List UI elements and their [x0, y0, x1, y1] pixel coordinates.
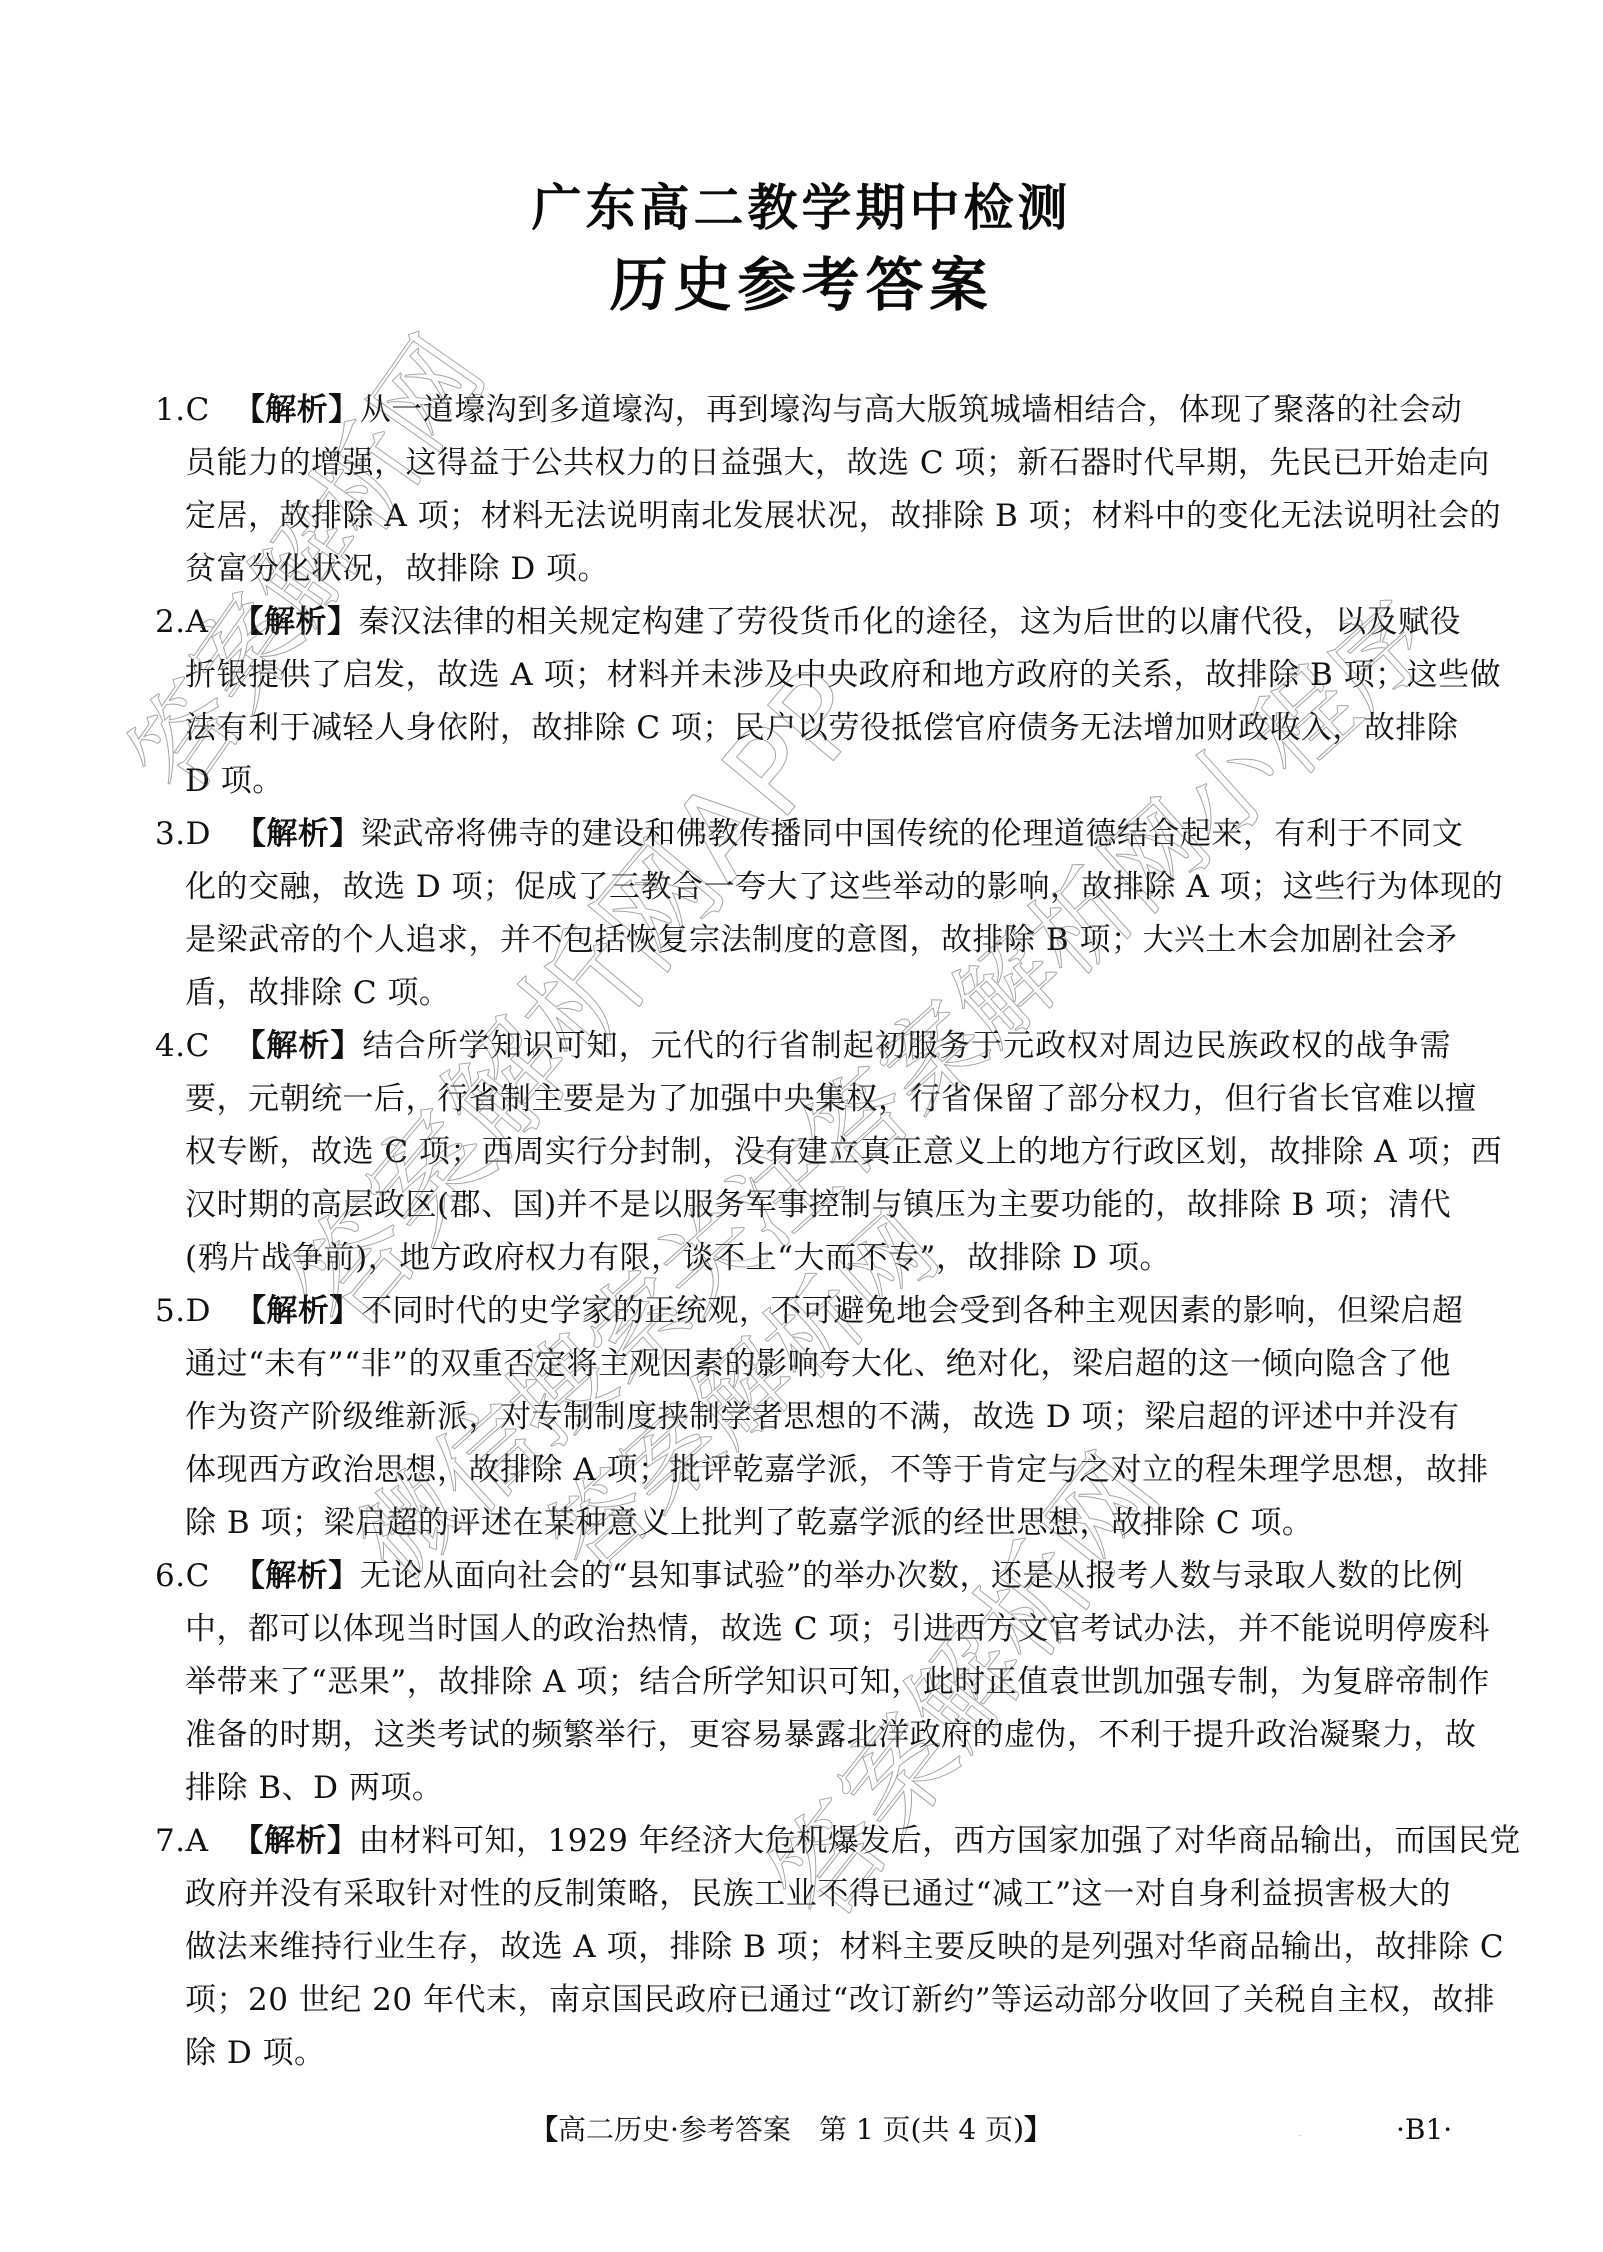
answer-line: (鸦片战争前)，地方政府权力有限，谈不上“大而不专”，故排除 D 项。 — [155, 1232, 1451, 1285]
scan-mark: ·· — [1298, 2133, 1302, 2140]
document-subtitle: 历史参考答案 — [0, 250, 1603, 320]
answer-line: 化的交融，故选 D 项；促成了三教合一夸大了这些举动的影响，故排除 A 项；这些… — [155, 861, 1451, 914]
answer-item: 5.D【解析】不同时代的史学家的正统观，不可避免地会受到各种主观因素的影响，但梁… — [155, 1285, 1451, 1550]
answer-line: 政府并没有采取针对性的反制策略，民族工业不得已通过“减工”这一对自身利益损害极大… — [155, 1868, 1451, 1921]
answer-line: 折银提供了启发，故选 A 项；材料并未涉及中央政府和地方政府的关系，故排除 B … — [155, 649, 1451, 702]
answer-line: 定居，故排除 A 项；材料无法说明南北发展状况，故排除 B 项；材料中的变化无法… — [155, 490, 1451, 543]
answer-item: 1.C【解析】从一道壕沟到多道壕沟，再到壕沟与高大版筑城墙相结合，体现了聚落的社… — [155, 384, 1451, 596]
answer-line: 体现西方政治思想，故排除 A 项；批评乾嘉学派，不等于肯定与之对立的程朱理学思想… — [155, 1444, 1451, 1497]
answer-list: 1.C【解析】从一道壕沟到多道壕沟，再到壕沟与高大版筑城墙相结合，体现了聚落的社… — [155, 384, 1451, 2080]
answer-line: 项；20 世纪 20 年代末，南京国民政府已通过“改订新约”等运动部分收回了关税… — [155, 1974, 1451, 2027]
answer-line: 1.C【解析】从一道壕沟到多道壕沟，再到壕沟与高大版筑城墙相结合，体现了聚落的社… — [155, 384, 1451, 437]
answer-text: 法有利于减轻人身依附，故排除 C 项；民户以劳役抵偿官府债务无法增加财政收入，故… — [185, 710, 1458, 746]
answer-text: 由材料可知，1929 年经济大危机爆发后，西方国家加强了对华商品输出，而国民党 — [358, 1823, 1520, 1859]
analysis-tag: 【解析】 — [235, 1293, 361, 1329]
answer-line: 5.D【解析】不同时代的史学家的正统观，不可避免地会受到各种主观因素的影响，但梁… — [155, 1285, 1451, 1338]
answer-line: 2.A【解析】秦汉法律的相关规定构建了劳役货币化的途径，这为后世的以庸代役，以及… — [155, 596, 1451, 649]
answer-text: 举带来了“恶果”，故排除 A 项；结合所学知识可知，此时正值袁世凯加强专制，为复… — [185, 1664, 1490, 1700]
answer-choice: A — [186, 604, 209, 640]
footer-left-bracket: 【 — [530, 2113, 558, 2146]
answer-choice: C — [186, 1558, 210, 1594]
answer-text: 结合所学知识可知，元代的行省制起初服务于元政权对周边民族政权的战争需 — [362, 1028, 1451, 1064]
answer-text: 不同时代的史学家的正统观，不可避免地会受到各种主观因素的影响，但梁启超 — [361, 1293, 1464, 1329]
answer-text: 贫富分化状况，故排除 D 项。 — [185, 551, 609, 587]
answer-text: 排除 B、D 两项。 — [185, 1770, 443, 1806]
answer-line: 举带来了“恶果”，故排除 A 项；结合所学知识可知，此时正值袁世凯加强专制，为复… — [155, 1656, 1451, 1709]
answer-line: 权专断，故选 C 项；西周实行分封制，没有建立真正意义上的地方行政区划，故排除 … — [155, 1126, 1451, 1179]
answer-line: 6.C【解析】无论从面向社会的“县知事试验”的举办次数，还是从报考人数与录取人数… — [155, 1550, 1451, 1603]
answer-text: 政府并没有采取针对性的反制策略，民族工业不得已通过“减工”这一对自身利益损害极大… — [185, 1876, 1451, 1912]
answer-line: 7.A【解析】由材料可知，1929 年经济大危机爆发后，西方国家加强了对华商品输… — [155, 1815, 1451, 1868]
answer-line: 中，都可以体现当时国人的政治热情，故选 C 项；引进西方文官考试办法，并不能说明… — [155, 1603, 1451, 1656]
answer-text: 中，都可以体现当时国人的政治热情，故选 C 项；引进西方文官考试办法，并不能说明… — [185, 1611, 1490, 1647]
answer-line: 4.C【解析】结合所学知识可知，元代的行省制起初服务于元政权对周边民族政权的战争… — [155, 1020, 1451, 1073]
answer-line: 排除 B、D 两项。 — [155, 1762, 1451, 1815]
analysis-tag: 【解析】 — [234, 1028, 363, 1064]
answer-text: 准备的时期，这类考试的频繁举行，更容易暴露北洋政府的虚伪，不利于提升政治凝聚力，… — [185, 1717, 1477, 1753]
answer-line: 盾，故排除 C 项。 — [155, 967, 1451, 1020]
answer-text: 无论从面向社会的“县知事试验”的举办次数，还是从报考人数与录取人数的比例 — [360, 1558, 1464, 1594]
analysis-tag: 【解析】 — [235, 816, 361, 852]
answer-choice: D — [186, 1293, 211, 1329]
analysis-tag: 【解析】 — [232, 604, 358, 640]
answer-text: 作为资产阶级维新派，对专制制度挟制学者思想的不满，故选 D 项；梁启超的评述中并… — [185, 1399, 1460, 1435]
answer-text: 通过“未有”“非”的双重否定将主观因素的影响夸大化、绝对化，梁启超的这一倾向隐含… — [185, 1346, 1451, 1382]
answer-text: 定居，故排除 A 项；材料无法说明南北发展状况，故排除 B 项；材料中的变化无法… — [185, 498, 1501, 534]
answer-line: 要，元朝统一后，行省制主要是为了加强中央集权，行省保留了部分权力，但行省长官难以… — [155, 1073, 1451, 1126]
answer-line: 贫富分化状况，故排除 D 项。 — [155, 543, 1451, 596]
answer-text: 汉时期的高层政区(郡、国)并不是以服务军事控制与镇压为主要功能的，故排除 B 项… — [185, 1187, 1451, 1223]
question-number: 2. — [155, 604, 186, 640]
answer-item: 2.A【解析】秦汉法律的相关规定构建了劳役货币化的途径，这为后世的以庸代役，以及… — [155, 596, 1451, 808]
question-number: 6. — [155, 1558, 186, 1594]
answer-item: 7.A【解析】由材料可知，1929 年经济大危机爆发后，西方国家加强了对华商品输… — [155, 1815, 1451, 2080]
answer-text: D 项。 — [185, 763, 284, 799]
answer-line: 作为资产阶级维新派，对专制制度挟制学者思想的不满，故选 D 项；梁启超的评述中并… — [155, 1391, 1451, 1444]
answer-text: 项；20 世纪 20 年代末，南京国民政府已通过“改订新约”等运动部分收回了关税… — [185, 1982, 1495, 2018]
analysis-tag: 【解析】 — [232, 1823, 358, 1859]
answer-text: 盾，故排除 C 项。 — [185, 975, 450, 1011]
answer-choice: C — [186, 1028, 210, 1064]
answer-text: 梁武帝将佛寺的建设和佛教传播同中国传统的伦理道德结合起来，有利于不同文 — [361, 816, 1464, 852]
analysis-tag: 【解析】 — [234, 1558, 360, 1594]
answer-line: 准备的时期，这类考试的频繁举行，更容易暴露北洋政府的虚伪，不利于提升政治凝聚力，… — [155, 1709, 1451, 1762]
answer-line: 做法来维持行业生存，故选 A 项，排除 B 项；材料主要反映的是列强对华商品输出… — [155, 1921, 1451, 1974]
answer-item: 6.C【解析】无论从面向社会的“县知事试验”的举办次数，还是从报考人数与录取人数… — [155, 1550, 1451, 1815]
answer-line: 除 B 项；梁启超的评述在某种意义上批判了乾嘉学派的经世思想，故排除 C 项。 — [155, 1497, 1451, 1550]
answer-text: 做法来维持行业生存，故选 A 项，排除 B 项；材料主要反映的是列强对华商品输出… — [185, 1929, 1504, 1965]
analysis-tag: 【解析】 — [234, 392, 360, 428]
answer-text: 是梁武帝的个人追求，并不包括恢复宗法制度的意图，故排除 B 项；大兴土木会加剧社… — [185, 922, 1458, 958]
answer-line: 3.D【解析】梁武帝将佛寺的建设和佛教传播同中国传统的伦理道德结合起来，有利于不… — [155, 808, 1451, 861]
answer-text: 从一道壕沟到多道壕沟，再到壕沟与高大版筑城墙相结合，体现了聚落的社会动 — [360, 392, 1463, 428]
answer-text: 除 B 项；梁启超的评述在某种意义上批判了乾嘉学派的经世思想，故排除 C 项。 — [185, 1505, 1313, 1541]
answer-text: 权专断，故选 C 项；西周实行分封制，没有建立真正意义上的地方行政区划，故排除 … — [185, 1134, 1502, 1170]
answer-line: 除 D 项。 — [155, 2027, 1451, 2080]
answer-text: 秦汉法律的相关规定构建了劳役货币化的途径，这为后世的以庸代役，以及赋役 — [358, 604, 1461, 640]
answer-line: 法有利于减轻人身依附，故排除 C 项；民户以劳役抵偿官府债务无法增加财政收入，故… — [155, 702, 1451, 755]
question-number: 3. — [155, 816, 186, 852]
answer-text: 化的交融，故选 D 项；促成了三教合一夸大了这些举动的影响，故排除 A 项；这些… — [185, 869, 1503, 905]
exam-title: 广东高二教学期中检测 — [0, 178, 1603, 238]
question-number: 1. — [155, 392, 186, 428]
answer-text: 员能力的增强，这得益于公共权力的日益强大，故选 C 项；新石器时代早期，先民已开… — [185, 445, 1490, 481]
answer-choice: A — [186, 1823, 209, 1859]
answer-line: 通过“未有”“非”的双重否定将主观因素的影响夸大化、绝对化，梁启超的这一倾向隐含… — [155, 1338, 1451, 1391]
page-code: ·B1· — [1396, 2110, 1452, 2150]
answer-text: 除 D 项。 — [185, 2035, 326, 2071]
question-number: 4. — [155, 1028, 186, 1064]
answer-text: 体现西方政治思想，故排除 A 项；批评乾嘉学派，不等于肯定与之对立的程朱理学思想… — [185, 1452, 1489, 1488]
answer-line: D 项。 — [155, 755, 1451, 808]
question-number: 7. — [155, 1823, 186, 1859]
answer-choice: C — [186, 392, 210, 428]
document-page: 广东高二教学期中检测 历史参考答案 1.C【解析】从一道壕沟到多道壕沟，再到壕沟… — [0, 0, 1603, 2252]
answer-choice: D — [186, 816, 211, 852]
answer-text: 折银提供了启发，故选 A 项；材料并未涉及中央政府和地方政府的关系，故排除 B … — [185, 657, 1501, 693]
answer-line: 是梁武帝的个人追求，并不包括恢复宗法制度的意图，故排除 B 项；大兴土木会加剧社… — [155, 914, 1451, 967]
footer-right-bracket: 】 — [1024, 2113, 1052, 2146]
answer-line: 汉时期的高层政区(郡、国)并不是以服务军事控制与镇压为主要功能的，故排除 B 项… — [155, 1179, 1451, 1232]
answer-item: 3.D【解析】梁武帝将佛寺的建设和佛教传播同中国传统的伦理道德结合起来，有利于不… — [155, 808, 1451, 1020]
answer-item: 4.C【解析】结合所学知识可知，元代的行省制起初服务于元政权对周边民族政权的战争… — [155, 1020, 1451, 1285]
answer-line: 员能力的增强，这得益于公共权力的日益强大，故选 C 项；新石器时代早期，先民已开… — [155, 437, 1451, 490]
question-number: 5. — [155, 1293, 186, 1329]
answer-text: (鸦片战争前)，地方政府权力有限，谈不上“大而不专”，故排除 D 项。 — [185, 1240, 1171, 1276]
answer-text: 要，元朝统一后，行省制主要是为了加强中央集权，行省保留了部分权力，但行省长官难以… — [185, 1081, 1477, 1117]
footer-text: 高二历史·参考答案 第 1 页(共 4 页) — [558, 2113, 1024, 2146]
page-footer: 【高二历史·参考答案 第 1 页(共 4 页)】 — [530, 2110, 1052, 2150]
